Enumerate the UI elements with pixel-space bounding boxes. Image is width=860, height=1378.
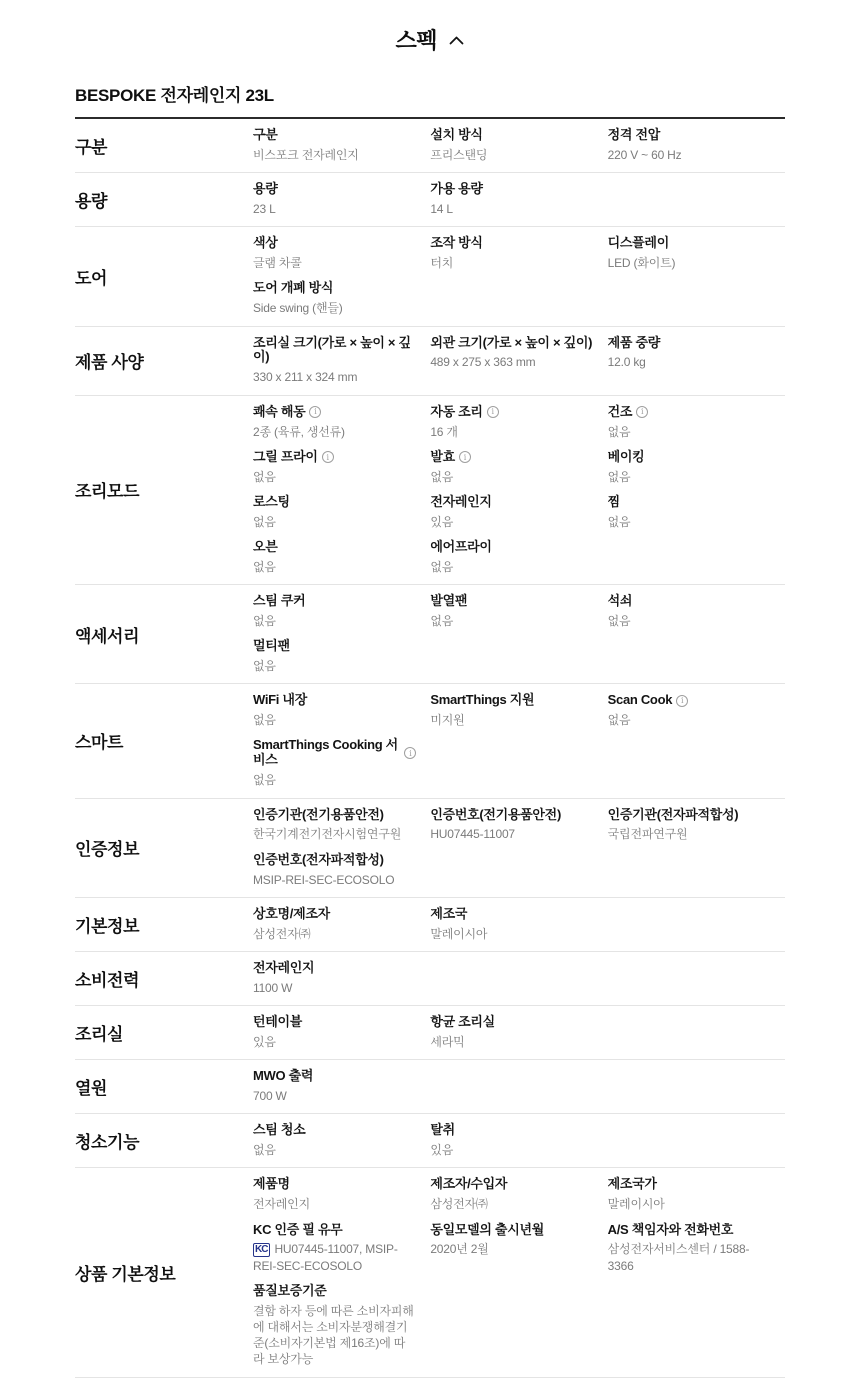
spec-cell-value-text: 터치 — [430, 256, 453, 270]
spec-cell-label-text: 탈취 — [430, 1123, 455, 1138]
spec-cells-grid: 턴테이블있음항균 조리실세라믹 — [253, 1015, 785, 1050]
spec-cell-value-text: 한국기계전기전자시험연구원 — [253, 827, 401, 841]
spec-page: 스펙 BESPOKE 전자레인지 23L 구분구분비스포크 전자레인지설치 방식… — [0, 0, 860, 1378]
info-circle-icon[interactable]: i — [309, 406, 321, 418]
spec-cell-value-text: 없음 — [430, 470, 453, 484]
spec-cell-value-text: 없음 — [608, 470, 631, 484]
spec-cell-value: 없음 — [253, 1142, 416, 1158]
spec-cell-value: 말레이시아 — [430, 926, 593, 942]
spec-cell-value: 220 V ~ 60 Hz — [608, 147, 771, 163]
spec-cell-label: 오븐 — [253, 540, 416, 555]
spec-cell-label-text: 동일모델의 출시년월 — [430, 1223, 544, 1238]
spec-cell-value: 결함 하자 등에 따른 소비자피해에 대해서는 소비자분쟁해결기준(소비자기본법… — [253, 1303, 416, 1368]
spec-cell: 정격 전압220 V ~ 60 Hz — [608, 128, 785, 163]
product-heading: BESPOKE 전자레인지 23L — [75, 81, 785, 119]
spec-cell-value: 14 L — [430, 201, 593, 217]
spec-category-label: 조리모드 — [75, 477, 253, 502]
spec-cell-value-text: LED (화이트) — [608, 256, 676, 270]
spec-cell-value: 없음 — [430, 469, 593, 485]
spec-cell-value-text: 없음 — [608, 515, 631, 529]
spec-category-label: 인증정보 — [75, 835, 253, 860]
spec-cell-label: 정격 전압 — [608, 128, 771, 143]
spec-cell-value: 없음 — [253, 559, 416, 575]
spec-cell: 찜없음 — [608, 495, 785, 530]
spec-cell-value: HU07445-11007 — [430, 826, 593, 842]
spec-cells-grid: WiFi 내장없음SmartThings 지원미지원Scan Cooki없음Sm… — [253, 693, 785, 788]
spec-cell-label: 용량 — [253, 182, 416, 197]
spec-cell-value: 없음 — [608, 469, 771, 485]
spec-cell-label: 인증번호(전자파적합성) — [253, 853, 416, 868]
spec-cells-grid: 스팀 쿠커없음발열팬없음석쇠없음멀티팬없음 — [253, 594, 785, 674]
spec-cell-value-text: 결함 하자 등에 따른 소비자피해에 대해서는 소비자분쟁해결기준(소비자기본법… — [253, 1304, 414, 1367]
spec-cell: 건조i없음 — [608, 405, 785, 440]
spec-cell-value-text: 2020년 2월 — [430, 1242, 488, 1256]
spec-cell-value-text: 489 x 275 x 363 mm — [430, 355, 535, 369]
spec-cell-label-text: SmartThings 지원 — [430, 693, 534, 708]
spec-cell: MWO 출력700 W — [253, 1069, 430, 1104]
spec-cell-label: SmartThings 지원 — [430, 693, 593, 708]
spec-cell-label-text: 조리실 크기(가로 × 높이 × 깊이) — [253, 336, 416, 366]
spec-cell-label-text: KC 인증 필 유무 — [253, 1223, 342, 1238]
spec-cell: 가용 용량14 L — [430, 182, 607, 217]
spec-cell-label: 로스팅 — [253, 495, 416, 510]
spec-cell-label-text: A/S 책임자와 전화번호 — [608, 1223, 733, 1238]
spec-cell-value-text: HU07445-11007, MSIP-REI-SEC-ECOSOLO — [253, 1242, 398, 1272]
spec-cell-value-text: 없음 — [608, 713, 631, 727]
spec-cell-label: 제품 중량 — [608, 336, 771, 351]
spec-cell-value: 미지원 — [430, 712, 593, 728]
spec-cells-grid: 구분비스포크 전자레인지설치 방식프리스탠딩정격 전압220 V ~ 60 Hz — [253, 128, 785, 163]
spec-cell: 제조국가말레이시아 — [608, 1177, 785, 1212]
spec-cell-label-text: 멀티팬 — [253, 639, 290, 654]
spec-cell-label-text: 발열팬 — [430, 594, 467, 609]
spec-cell-value: 1100 W — [253, 980, 416, 996]
spec-cell-label: 제조국가 — [608, 1177, 771, 1192]
spec-cell-label-text: 색상 — [253, 236, 278, 251]
spec-cell-label: 발열팬 — [430, 594, 593, 609]
spec-cell: 인증번호(전자파적합성)MSIP-REI-SEC-ECOSOLO — [253, 853, 430, 888]
spec-cell-label-text: 석쇠 — [608, 594, 633, 609]
spec-cell-label: 멀티팬 — [253, 639, 416, 654]
spec-cell-label: 제조자/수입자 — [430, 1177, 593, 1192]
spec-cell-value: 터치 — [430, 255, 593, 271]
spec-cell: Scan Cooki없음 — [608, 693, 785, 728]
spec-cell-label: 제품명 — [253, 1177, 416, 1192]
spec-section-row: 청소기능스팀 청소없음탈취있음 — [75, 1114, 785, 1168]
spec-cell-value: 700 W — [253, 1088, 416, 1104]
spec-cell-label-text: MWO 출력 — [253, 1069, 313, 1084]
info-circle-icon[interactable]: i — [636, 406, 648, 418]
spec-cell-value: 세라믹 — [430, 1034, 593, 1050]
spec-cell: 전자레인지있음 — [430, 495, 607, 530]
spec-cell-label: 설치 방식 — [430, 128, 593, 143]
spec-cell-value: 없음 — [430, 613, 593, 629]
spec-cells-grid: 인증기관(전기용품안전)한국기계전기전자시험연구원인증번호(전기용품안전)HU0… — [253, 808, 785, 888]
spec-cell-value: 없음 — [608, 712, 771, 728]
spec-cell-label-text: 항균 조리실 — [430, 1015, 495, 1030]
kc-certification-icon: KC — [253, 1243, 270, 1257]
spec-cell-value-text: 없음 — [430, 614, 453, 628]
spec-cell: 제조자/수입자삼성전자㈜ — [430, 1177, 607, 1212]
spec-cell-value: 없음 — [253, 772, 416, 788]
spec-cells-grid: 조리실 크기(가로 × 높이 × 깊이)330 x 211 x 324 mm외관… — [253, 336, 785, 386]
spec-cell-value-text: 있음 — [253, 1035, 276, 1049]
spec-cell-label: 동일모델의 출시년월 — [430, 1223, 593, 1238]
spec-cell-value-text: Side swing (핸들) — [253, 301, 343, 315]
spec-cell-label: 발효i — [430, 450, 593, 465]
spec-cells-grid: 스팀 청소없음탈취있음 — [253, 1123, 785, 1158]
spec-cell-label-text: 가용 용량 — [430, 182, 482, 197]
spec-cells-grid: 쾌속 해동i2종 (육류, 생선류)자동 조리i16 개건조i없음그릴 프라이i… — [253, 405, 785, 576]
spec-cell-value-text: 23 L — [253, 202, 276, 216]
spec-cell-value: KCHU07445-11007, MSIP-REI-SEC-ECOSOLO — [253, 1241, 416, 1273]
spec-cell-label-text: 인증번호(전자파적합성) — [253, 853, 384, 868]
spec-cell: 동일모델의 출시년월2020년 2월 — [430, 1223, 607, 1258]
spec-cell: 발열팬없음 — [430, 594, 607, 629]
spec-cell: 조리실 크기(가로 × 높이 × 깊이)330 x 211 x 324 mm — [253, 336, 430, 386]
spec-cell-value: 없음 — [608, 613, 771, 629]
spec-category-label: 구분 — [75, 133, 253, 158]
spec-cell-value: 글램 차콜 — [253, 255, 416, 271]
spec-cell-label-text: WiFi 내장 — [253, 693, 307, 708]
spec-cell-value: MSIP-REI-SEC-ECOSOLO — [253, 872, 416, 888]
spec-cell-value: 없음 — [253, 712, 416, 728]
spec-cell-value: 한국기계전기전자시험연구원 — [253, 826, 416, 842]
spec-cell-value-text: 글램 차콜 — [253, 256, 302, 270]
spec-category-label: 기본정보 — [75, 912, 253, 937]
spec-cell: 석쇠없음 — [608, 594, 785, 629]
spec-cell-label: 스팀 쿠커 — [253, 594, 416, 609]
spec-section-row: 구분구분비스포크 전자레인지설치 방식프리스탠딩정격 전압220 V ~ 60 … — [75, 119, 785, 173]
spec-cell-label: 인증번호(전기용품안전) — [430, 808, 593, 823]
spec-cell-value-text: 말레이시아 — [608, 1197, 665, 1211]
spec-cell-value-text: 비스포크 전자레인지 — [253, 148, 359, 162]
spec-cell-label-text: Scan Cook — [608, 693, 672, 708]
spec-category-label: 열원 — [75, 1074, 253, 1099]
info-circle-icon[interactable]: i — [404, 747, 416, 759]
spec-cell-value: 2종 (육류, 생선류) — [253, 424, 416, 440]
info-circle-icon[interactable]: i — [487, 406, 499, 418]
spec-cell-value: 삼성전자㈜ — [253, 926, 416, 942]
spec-cell: 항균 조리실세라믹 — [430, 1015, 607, 1050]
spec-cell-value-text: 전자레인지 — [253, 1197, 310, 1211]
info-circle-icon[interactable]: i — [676, 695, 688, 707]
spec-cell: 스팀 청소없음 — [253, 1123, 430, 1158]
spec-cell: 멀티팬없음 — [253, 639, 430, 674]
spec-cell-value-text: 2종 (육류, 생선류) — [253, 425, 345, 439]
spec-cell: 도어 개폐 방식Side swing (핸들) — [253, 281, 430, 316]
spec-cell-label-text: 제조국 — [430, 907, 467, 922]
spec-section-row: 액세서리스팀 쿠커없음발열팬없음석쇠없음멀티팬없음 — [75, 585, 785, 684]
spec-cell-label: 인증기관(전기용품안전) — [253, 808, 416, 823]
spec-cell-label: 가용 용량 — [430, 182, 593, 197]
spec-cell-label-text: 턴테이블 — [253, 1015, 302, 1030]
spec-cell-label-text: 인증기관(전기용품안전) — [253, 808, 384, 823]
spec-cell: 그릴 프라이i없음 — [253, 450, 430, 485]
spec-cell-value-text: 국립전파연구원 — [608, 827, 688, 841]
info-circle-icon[interactable]: i — [459, 451, 471, 463]
spec-cell-value-text: 없음 — [253, 713, 276, 727]
spec-cell-value: 있음 — [430, 514, 593, 530]
spec-table: BESPOKE 전자레인지 23L 구분구분비스포크 전자레인지설치 방식프리스… — [75, 81, 785, 1378]
spec-accordion-header[interactable]: 스펙 — [0, 0, 860, 55]
spec-cell-label-text: 전자레인지 — [253, 961, 314, 976]
spec-cell-label-text: 로스팅 — [253, 495, 290, 510]
spec-cell-value-text: 16 개 — [430, 425, 457, 439]
spec-cell-value-text: 12.0 kg — [608, 355, 646, 369]
spec-cell: 전자레인지1100 W — [253, 961, 430, 996]
spec-cell-value-text: 없음 — [253, 1143, 276, 1157]
spec-cell-value-text: 삼성전자서비스센터 / 1588-3366 — [608, 1242, 750, 1272]
spec-section-row: 제품 사양조리실 크기(가로 × 높이 × 깊이)330 x 211 x 324… — [75, 327, 785, 396]
spec-cell-label-text: 상호명/제조자 — [253, 907, 330, 922]
spec-cell-label: 자동 조리i — [430, 405, 593, 420]
spec-cell-label-text: 용량 — [253, 182, 278, 197]
spec-cell-label: 외관 크기(가로 × 높이 × 깊이) — [430, 336, 593, 351]
spec-cell: 턴테이블있음 — [253, 1015, 430, 1050]
spec-cell-value-text: 220 V ~ 60 Hz — [608, 148, 682, 162]
spec-cell-value: Side swing (핸들) — [253, 300, 416, 316]
spec-cell-value-text: 없음 — [253, 560, 276, 574]
spec-section-row: 조리실턴테이블있음항균 조리실세라믹 — [75, 1006, 785, 1060]
spec-cell: SmartThings Cooking 서비스i없음 — [253, 738, 430, 788]
spec-cells-grid: 제품명전자레인지제조자/수입자삼성전자㈜제조국가말레이시아KC 인증 필 유무K… — [253, 1177, 785, 1367]
spec-rows-container: 구분구분비스포크 전자레인지설치 방식프리스탠딩정격 전압220 V ~ 60 … — [75, 119, 785, 1378]
spec-cell: 에어프라이없음 — [430, 540, 607, 575]
spec-cell-label: 쾌속 해동i — [253, 405, 416, 420]
spec-cell-value-text: 프리스탠딩 — [430, 148, 487, 162]
spec-cell-value-text: 있음 — [430, 515, 453, 529]
spec-cell-value: 330 x 211 x 324 mm — [253, 369, 416, 385]
spec-cell-label-text: 외관 크기(가로 × 높이 × 깊이) — [430, 336, 592, 351]
spec-cell-value-text: 없음 — [253, 470, 276, 484]
spec-cell-label-text: 제품 중량 — [608, 336, 660, 351]
spec-cell-label-text: 스팀 청소 — [253, 1123, 305, 1138]
spec-cell-label-text: 오븐 — [253, 540, 278, 555]
spec-category-label: 청소기능 — [75, 1128, 253, 1153]
spec-cell: 구분비스포크 전자레인지 — [253, 128, 430, 163]
spec-cell-value: 있음 — [253, 1034, 416, 1050]
spec-cell-value-text: 1100 W — [253, 981, 292, 995]
spec-category-label: 도어 — [75, 264, 253, 289]
spec-cell-label: 스팀 청소 — [253, 1123, 416, 1138]
spec-cell: 디스플레이LED (화이트) — [608, 236, 785, 271]
spec-cells-grid: 전자레인지1100 W — [253, 961, 785, 996]
spec-cell-label: 조리실 크기(가로 × 높이 × 깊이) — [253, 336, 416, 366]
spec-cell-label: 턴테이블 — [253, 1015, 416, 1030]
spec-cell-label-text: 품질보증기준 — [253, 1284, 327, 1299]
spec-category-label: 액세서리 — [75, 622, 253, 647]
spec-cell-label-text: 에어프라이 — [430, 540, 491, 555]
spec-cell: 색상글램 차콜 — [253, 236, 430, 271]
spec-cell-label-text: 도어 개폐 방식 — [253, 281, 333, 296]
spec-cell: 스팀 쿠커없음 — [253, 594, 430, 629]
spec-category-label: 상품 기본정보 — [75, 1260, 253, 1285]
spec-cell-label-text: 인증번호(전기용품안전) — [430, 808, 561, 823]
spec-cell-value: 없음 — [253, 613, 416, 629]
spec-cell-value-text: 없음 — [253, 773, 276, 787]
spec-cell-label-text: 제조국가 — [608, 1177, 657, 1192]
spec-cell-value-text: 700 W — [253, 1089, 287, 1103]
spec-cell-value-text: 없음 — [430, 560, 453, 574]
spec-cell: KC 인증 필 유무KCHU07445-11007, MSIP-REI-SEC-… — [253, 1223, 430, 1274]
spec-cell-label-text: 정격 전압 — [608, 128, 660, 143]
spec-cell-label-text: 건조 — [608, 405, 633, 420]
spec-cell-value: 국립전파연구원 — [608, 826, 771, 842]
spec-cell-label: 석쇠 — [608, 594, 771, 609]
spec-cell-label-text: 찜 — [608, 495, 620, 510]
spec-cell: WiFi 내장없음 — [253, 693, 430, 728]
spec-cell-value-text: 있음 — [430, 1143, 453, 1157]
spec-cell-label-text: 전자레인지 — [430, 495, 491, 510]
spec-cell-value-text: 없음 — [253, 659, 276, 673]
spec-cell-label-text: 스팀 쿠커 — [253, 594, 305, 609]
spec-cell: 인증기관(전자파적합성)국립전파연구원 — [608, 808, 785, 843]
spec-cell-value-text: HU07445-11007 — [430, 827, 515, 841]
spec-cell-label-text: 자동 조리 — [430, 405, 482, 420]
spec-cell: 쾌속 해동i2종 (육류, 생선류) — [253, 405, 430, 440]
spec-cell-label: 구분 — [253, 128, 416, 143]
spec-cell-label: 도어 개폐 방식 — [253, 281, 416, 296]
spec-category-label: 조리실 — [75, 1020, 253, 1045]
spec-cell: 조작 방식터치 — [430, 236, 607, 271]
spec-cell-label: 그릴 프라이i — [253, 450, 416, 465]
spec-cell-label: 제조국 — [430, 907, 593, 922]
spec-section-row: 스마트WiFi 내장없음SmartThings 지원미지원Scan Cooki없… — [75, 684, 785, 798]
spec-cell-value: 있음 — [430, 1142, 593, 1158]
spec-cell-label: 찜 — [608, 495, 771, 510]
spec-cell-value: 없음 — [253, 514, 416, 530]
spec-cells-grid: 색상글램 차콜조작 방식터치디스플레이LED (화이트)도어 개폐 방식Side… — [253, 236, 785, 316]
spec-cell: 발효i없음 — [430, 450, 607, 485]
spec-cell: 제품 중량12.0 kg — [608, 336, 785, 371]
spec-cell-value: 없음 — [608, 424, 771, 440]
spec-cell-value: 12.0 kg — [608, 354, 771, 370]
spec-cell-label: 조작 방식 — [430, 236, 593, 251]
spec-cell-value-text: 삼성전자㈜ — [430, 1197, 487, 1211]
spec-cell-value: 삼성전자서비스센터 / 1588-3366 — [608, 1241, 771, 1273]
spec-cell-label-text: 베이킹 — [608, 450, 645, 465]
spec-cell-value-text: 없음 — [608, 614, 631, 628]
spec-section-row: 용량용량23 L가용 용량14 L — [75, 173, 785, 227]
spec-cell: 외관 크기(가로 × 높이 × 깊이)489 x 275 x 363 mm — [430, 336, 607, 371]
spec-cell-label-text: 제조자/수입자 — [430, 1177, 507, 1192]
spec-cell-label-text: 그릴 프라이 — [253, 450, 318, 465]
spec-cell-label: 탈취 — [430, 1123, 593, 1138]
spec-cell-value-text: 미지원 — [430, 713, 464, 727]
spec-cell-value: 없음 — [430, 559, 593, 575]
spec-cell-label: KC 인증 필 유무 — [253, 1223, 416, 1238]
spec-section-row: 인증정보인증기관(전기용품안전)한국기계전기전자시험연구원인증번호(전기용품안전… — [75, 799, 785, 898]
spec-cell: 용량23 L — [253, 182, 430, 217]
spec-category-label: 스마트 — [75, 728, 253, 753]
spec-cell-label: 인증기관(전자파적합성) — [608, 808, 771, 823]
spec-cell-label: 상호명/제조자 — [253, 907, 416, 922]
spec-cell-label-text: 설치 방식 — [430, 128, 482, 143]
spec-cell-value: 16 개 — [430, 424, 593, 440]
spec-cell: 탈취있음 — [430, 1123, 607, 1158]
spec-cell-value-text: 없음 — [253, 515, 276, 529]
spec-cell-label: 건조i — [608, 405, 771, 420]
spec-section-row: 상품 기본정보제품명전자레인지제조자/수입자삼성전자㈜제조국가말레이시아KC 인… — [75, 1168, 785, 1377]
spec-cell: 인증번호(전기용품안전)HU07445-11007 — [430, 808, 607, 843]
spec-cell-label-text: 구분 — [253, 128, 278, 143]
spec-cell-value: 삼성전자㈜ — [430, 1196, 593, 1212]
chevron-up-icon — [449, 32, 464, 50]
spec-cell-value: 말레이시아 — [608, 1196, 771, 1212]
spec-cell-value: 2020년 2월 — [430, 1241, 593, 1257]
spec-cell-value: 없음 — [253, 469, 416, 485]
spec-cell: 자동 조리i16 개 — [430, 405, 607, 440]
spec-cell-value: LED (화이트) — [608, 255, 771, 271]
spec-cell: 오븐없음 — [253, 540, 430, 575]
spec-cell: SmartThings 지원미지원 — [430, 693, 607, 728]
spec-cell-label: MWO 출력 — [253, 1069, 416, 1084]
spec-cell-label: 전자레인지 — [430, 495, 593, 510]
spec-cell-label-text: 디스플레이 — [608, 236, 669, 251]
spec-cell-label: A/S 책임자와 전화번호 — [608, 1223, 771, 1238]
spec-cells-grid: 상호명/제조자삼성전자㈜제조국말레이시아 — [253, 907, 785, 942]
spec-cell-label-text: 제품명 — [253, 1177, 290, 1192]
spec-cell-label: 베이킹 — [608, 450, 771, 465]
spec-cell-label: Scan Cooki — [608, 693, 771, 708]
spec-cell-value: 489 x 275 x 363 mm — [430, 354, 593, 370]
spec-cell-value: 없음 — [608, 514, 771, 530]
spec-section-row: 열원MWO 출력700 W — [75, 1060, 785, 1114]
spec-cell: 베이킹없음 — [608, 450, 785, 485]
spec-cell-label-text: SmartThings Cooking 서비스 — [253, 738, 400, 768]
spec-category-label: 소비전력 — [75, 966, 253, 991]
spec-cell-value: 프리스탠딩 — [430, 147, 593, 163]
spec-cell-value-text: 14 L — [430, 202, 453, 216]
spec-cell: 인증기관(전기용품안전)한국기계전기전자시험연구원 — [253, 808, 430, 843]
spec-cell-value: 없음 — [253, 658, 416, 674]
spec-cell-value-text: 없음 — [253, 614, 276, 628]
spec-cell: 설치 방식프리스탠딩 — [430, 128, 607, 163]
spec-cell-value-text: 330 x 211 x 324 mm — [253, 370, 357, 384]
spec-cell: 상호명/제조자삼성전자㈜ — [253, 907, 430, 942]
spec-cell: 제품명전자레인지 — [253, 1177, 430, 1212]
spec-cell-label: 에어프라이 — [430, 540, 593, 555]
spec-section-row: 기본정보상호명/제조자삼성전자㈜제조국말레이시아 — [75, 898, 785, 952]
spec-section-row: 도어색상글램 차콜조작 방식터치디스플레이LED (화이트)도어 개폐 방식Si… — [75, 227, 785, 326]
spec-cell-label-text: 조작 방식 — [430, 236, 482, 251]
spec-cell-label: 디스플레이 — [608, 236, 771, 251]
spec-cell-value: 비스포크 전자레인지 — [253, 147, 416, 163]
spec-cells-grid: MWO 출력700 W — [253, 1069, 785, 1104]
spec-cell-value-text: 없음 — [608, 425, 631, 439]
spec-cell-label-text: 인증기관(전자파적합성) — [608, 808, 739, 823]
spec-cell-label: SmartThings Cooking 서비스i — [253, 738, 416, 768]
spec-cell-value-text: 삼성전자㈜ — [253, 927, 310, 941]
spec-category-label: 제품 사양 — [75, 348, 253, 373]
spec-category-label: 용량 — [75, 187, 253, 212]
spec-cell-label: WiFi 내장 — [253, 693, 416, 708]
spec-cell-label-text: 쾌속 해동 — [253, 405, 305, 420]
spec-cell-label-text: 발효 — [430, 450, 455, 465]
spec-cell-label: 품질보증기준 — [253, 1284, 416, 1299]
spec-cell-label: 전자레인지 — [253, 961, 416, 976]
info-circle-icon[interactable]: i — [322, 451, 334, 463]
spec-cell: 제조국말레이시아 — [430, 907, 607, 942]
spec-cell-value-text: MSIP-REI-SEC-ECOSOLO — [253, 873, 394, 887]
spec-cell-value: 전자레인지 — [253, 1196, 416, 1212]
spec-cells-grid: 용량23 L가용 용량14 L — [253, 182, 785, 217]
spec-cell-label: 색상 — [253, 236, 416, 251]
spec-section-row: 조리모드쾌속 해동i2종 (육류, 생선류)자동 조리i16 개건조i없음그릴 … — [75, 396, 785, 586]
spec-cell: 로스팅없음 — [253, 495, 430, 530]
spec-cell-value-text: 말레이시아 — [430, 927, 487, 941]
